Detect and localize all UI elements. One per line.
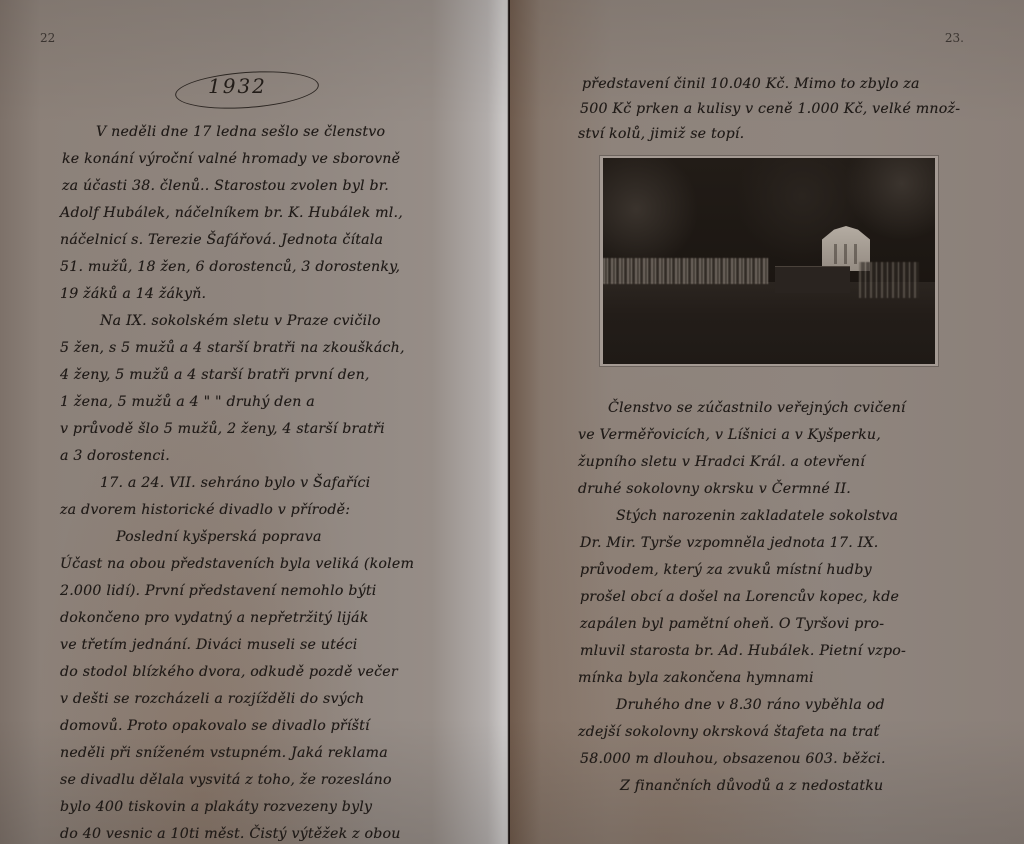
year-heading: 1932 (208, 74, 267, 98)
photo-crowd-right (859, 262, 919, 298)
handwritten-line: bylo 400 tiskovin a plakáty rozvezeny by… (60, 799, 372, 815)
handwritten-line: 51. mužů, 18 žen, 6 dorostenců, 3 dorost… (60, 259, 400, 275)
handwritten-line: 1 žena, 5 mužů a 4 " " druhý den a (60, 394, 315, 410)
handwritten-line: do stodol blízkého dvora, odkudě pozdě v… (60, 664, 398, 680)
handwritten-line: představení činil 10.040 Kč. Mimo to zby… (582, 76, 920, 92)
page-number-right: 23. (945, 31, 964, 45)
photo-stage (775, 266, 850, 293)
open-book-spread: 22 1932 V neděli dne 17 ledna sešlo se č… (0, 0, 1024, 844)
handwritten-line: neděli při sníženém vstupném. Jaká rekla… (60, 745, 388, 761)
handwritten-line: 19 žáků a 14 žákyň. (60, 286, 206, 302)
handwritten-line: 2.000 lidí). První představení nemohlo b… (60, 583, 376, 599)
handwritten-line: prošel obcí a došel na Lorencův kopec, k… (580, 589, 899, 605)
handwritten-line: zapálen byl pamětní oheň. O Tyršovi pro- (580, 616, 884, 632)
handwritten-line: Členstvo se zúčastnilo veřejných cvičení (608, 400, 906, 416)
handwritten-line: za účasti 38. členů.. Starostou zvolen b… (62, 178, 389, 194)
handwritten-line: V neděli dne 17 ledna sešlo se členstvo (96, 124, 385, 140)
handwritten-line: Dr. Mir. Tyrše vzpomněla jednota 17. IX. (580, 535, 879, 551)
handwritten-line: 500 Kč prken a kulisy v ceně 1.000 Kč, v… (580, 101, 960, 117)
play-title-line: Poslední kyšperská poprava (116, 529, 322, 545)
handwritten-line: 4 ženy, 5 mužů a 4 starší bratři první d… (60, 367, 370, 383)
handwritten-line: v dešti se rozcházeli a rozjížděli do sv… (60, 691, 364, 707)
handwritten-line: druhé sokolovny okrsku v Čermné II. (578, 481, 851, 497)
handwritten-line: mluvil starosta br. Ad. Hubálek. Pietní … (580, 643, 906, 659)
handwritten-line: průvodem, který za zvuků místní hudby (580, 562, 872, 578)
handwritten-line: 5 žen, s 5 mužů a 4 starší bratři na zko… (60, 340, 405, 356)
handwritten-line: dokončeno pro vydatný a nepřetržitý lijá… (60, 610, 369, 626)
handwritten-line: a 3 dorostenci. (60, 448, 170, 464)
handwritten-line: Stých narozenin zakladatele sokolstva (616, 508, 898, 524)
handwritten-line: 17. a 24. VII. sehráno bylo v Šafaříci (100, 475, 370, 491)
photo-crowd (603, 258, 768, 284)
handwritten-line: za dvorem historické divadlo v přírodě: (60, 502, 350, 518)
handwritten-line: ství kolů, jimiž se topí. (578, 126, 744, 142)
handwritten-line: ve třetím jednání. Diváci museli se utéc… (60, 637, 358, 653)
handwritten-line: Účast na obou představeních byla veliká … (60, 556, 414, 572)
handwritten-line: mínka byla zakončena hymnami (578, 670, 814, 686)
handwritten-line: zdejší sokolovny okrsková štafeta na tra… (578, 724, 879, 740)
handwritten-line: v průvodě šlo 5 mužů, 2 ženy, 4 starší b… (60, 421, 385, 437)
handwritten-line: Druhého dne v 8.30 ráno vyběhla od (616, 697, 885, 713)
handwritten-line: Z finančních důvodů a z nedostatku (620, 778, 883, 794)
handwritten-line: do 40 vesnic a 10ti měst. Čistý výtěžek … (60, 826, 401, 842)
handwritten-line: 58.000 m dlouhou, obsazenou 603. běžci. (580, 751, 886, 767)
handwritten-line: Adolf Hubálek, náčelníkem br. K. Hubálek… (60, 205, 403, 221)
handwritten-line: se divadlu dělala vysvitá z toho, že roz… (60, 772, 392, 788)
handwritten-line: domovů. Proto opakovalo se divadlo příšt… (60, 718, 370, 734)
page-number-left: 22 (40, 31, 55, 45)
handwritten-line: župního sletu v Hradci Král. a otevření (578, 454, 865, 470)
handwritten-line: Na IX. sokolském sletu v Praze cvičilo (100, 313, 381, 329)
outdoor-theatre-photo (603, 158, 935, 364)
handwritten-line: ke konání výroční valné hromady ve sboro… (62, 151, 400, 167)
handwritten-line: náčelnicí s. Terezie Šafářová. Jednota č… (60, 232, 383, 248)
handwritten-line: ve Verměřovicích, v Líšnici a v Kyšperku… (578, 427, 881, 443)
